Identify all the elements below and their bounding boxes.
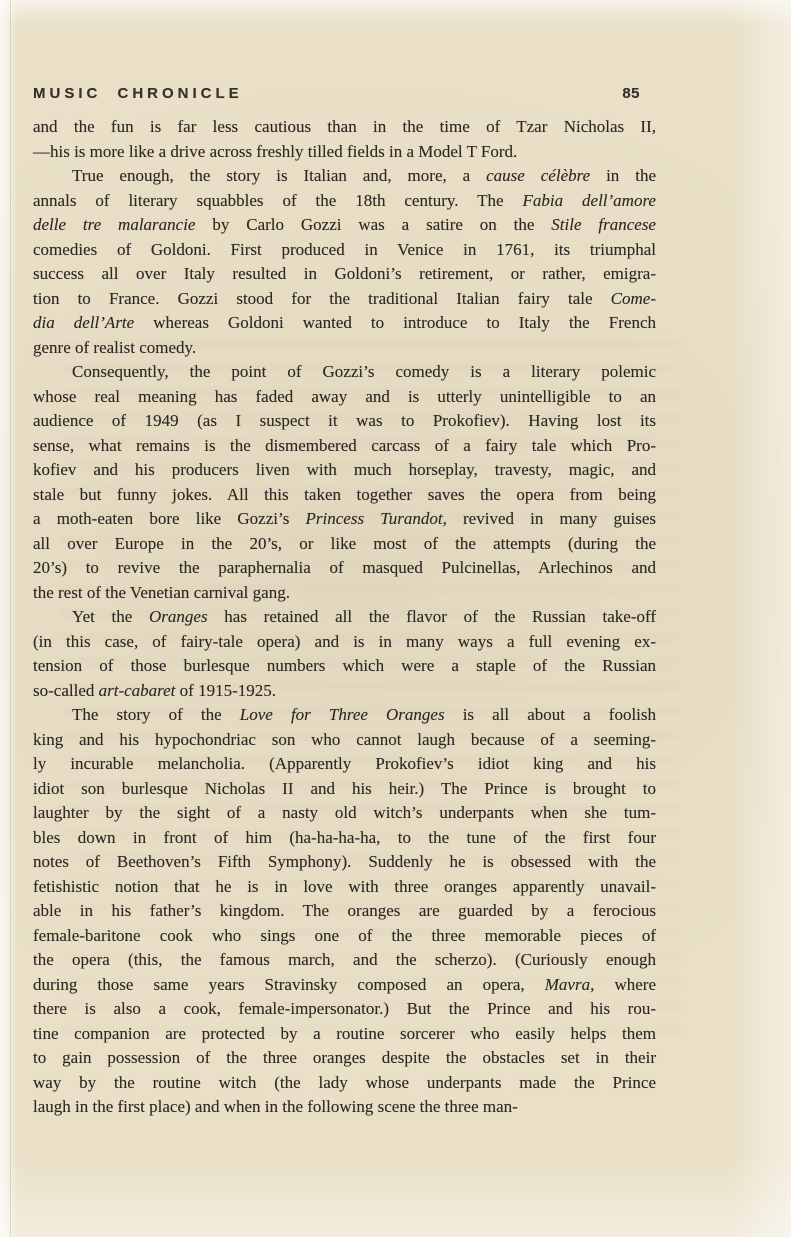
text-line: and the fun is far less cautious than in… xyxy=(33,115,656,140)
italic-phrase: Come- xyxy=(611,289,656,308)
italic-phrase: Stile francese xyxy=(551,215,656,234)
text-line: whose real meaning has faded away and is… xyxy=(33,385,656,410)
text-line: comedies of Goldoni. First produced in V… xyxy=(33,238,656,263)
text-line: success all over Italy resulted in Goldo… xyxy=(33,262,656,287)
paragraph: Yet the Oranges has retained all the fla… xyxy=(33,605,656,703)
italic-phrase: Mavra, xyxy=(545,975,595,994)
text-block: and the fun is far less cautious than in… xyxy=(33,115,656,1120)
text-line: dia dell’Arte whereas Goldoni wanted to … xyxy=(33,311,656,336)
paragraph: Consequently, the point of Gozzi’s comed… xyxy=(33,360,656,605)
text-line: tension of those burlesque numbers which… xyxy=(33,654,656,679)
page-number: 85 xyxy=(622,85,640,102)
text-line: ly incurable melancholia. (Apparently Pr… xyxy=(33,752,656,777)
paragraph: and the fun is far less cautious than in… xyxy=(33,115,656,164)
text-line: laughter by the sight of a nasty old wit… xyxy=(33,801,656,826)
italic-phrase: art-cabaret xyxy=(99,681,176,700)
page-title: MUSIC CHRONICLE xyxy=(33,85,243,102)
text-line: True enough, the story is Italian and, m… xyxy=(33,164,656,189)
text-line: annals of literary squabbles of the 18th… xyxy=(33,189,656,214)
text-line: 20’s) to revive the paraphernalia of mas… xyxy=(33,556,656,581)
text-line: fetishistic notion that he is in love wi… xyxy=(33,875,656,900)
text-line: idiot son burlesque Nicholas II and his … xyxy=(33,777,656,802)
italic-phrase: cause célèbre xyxy=(486,166,590,185)
italic-phrase: delle tre malarancie xyxy=(33,215,195,234)
italic-phrase: Princess Turandot, xyxy=(306,509,447,528)
text-line: way by the routine witch (the lady whose… xyxy=(33,1071,656,1096)
text-line: so-called art-cabaret of 1915-1925. xyxy=(33,679,656,704)
text-line: to gain possession of the three oranges … xyxy=(33,1046,656,1071)
text-line: there is also a cook, female-impersonato… xyxy=(33,997,656,1022)
text-line: Consequently, the point of Gozzi’s comed… xyxy=(33,360,656,385)
italic-phrase: dia dell’Arte xyxy=(33,313,134,332)
text-line: audience of 1949 (as I suspect it was to… xyxy=(33,409,656,434)
text-line: female-baritone cook who sings one of th… xyxy=(33,924,656,949)
text-line: sense, what remains is the dismembered c… xyxy=(33,434,656,459)
paragraph: True enough, the story is Italian and, m… xyxy=(33,164,656,360)
text-line: tion to France. Gozzi stood for the trad… xyxy=(33,287,656,312)
text-line: Yet the Oranges has retained all the fla… xyxy=(33,605,656,630)
text-line: king and his hypochondriac son who canno… xyxy=(33,728,656,753)
text-line: bles down in front of him (ha-ha-ha-ha, … xyxy=(33,826,656,851)
text-line: the opera (this, the famous march, and t… xyxy=(33,948,656,973)
italic-phrase: Love for Three Oranges xyxy=(240,705,445,724)
text-line: the rest of the Venetian carnival gang. xyxy=(33,581,656,606)
scanned-book-page: MUSIC CHRONICLE 85 and the fun is far le… xyxy=(0,0,791,1237)
text-line: (in this case, of fairy-tale opera) and … xyxy=(33,630,656,655)
running-head: MUSIC CHRONICLE 85 xyxy=(33,85,656,102)
text-line: tine companion are protected by a routin… xyxy=(33,1022,656,1047)
text-line: —his is more like a drive across freshly… xyxy=(33,140,656,165)
paragraph: The story of the Love for Three Oranges … xyxy=(33,703,656,1120)
text-line: notes of Beethoven’s Fifth Symphony). Su… xyxy=(33,850,656,875)
text-line: stale but funny jokes. All this taken to… xyxy=(33,483,656,508)
text-line: able in his father’s kingdom. The orange… xyxy=(33,899,656,924)
text-line: delle tre malarancie by Carlo Gozzi was … xyxy=(33,213,656,238)
italic-phrase: Fabia dell’amore xyxy=(522,191,656,210)
text-line: laugh in the first place) and when in th… xyxy=(33,1095,656,1120)
text-line: kofiev and his producers liven with much… xyxy=(33,458,656,483)
text-line: genre of realist comedy. xyxy=(33,336,656,361)
text-line: all over Europe in the 20’s, or like mos… xyxy=(33,532,656,557)
italic-phrase: Oranges xyxy=(149,607,208,626)
text-line: The story of the Love for Three Oranges … xyxy=(33,703,656,728)
text-line: during those same years Stravinsky compo… xyxy=(33,973,656,998)
text-line: a moth-eaten bore like Gozzi’s Princess … xyxy=(33,507,656,532)
